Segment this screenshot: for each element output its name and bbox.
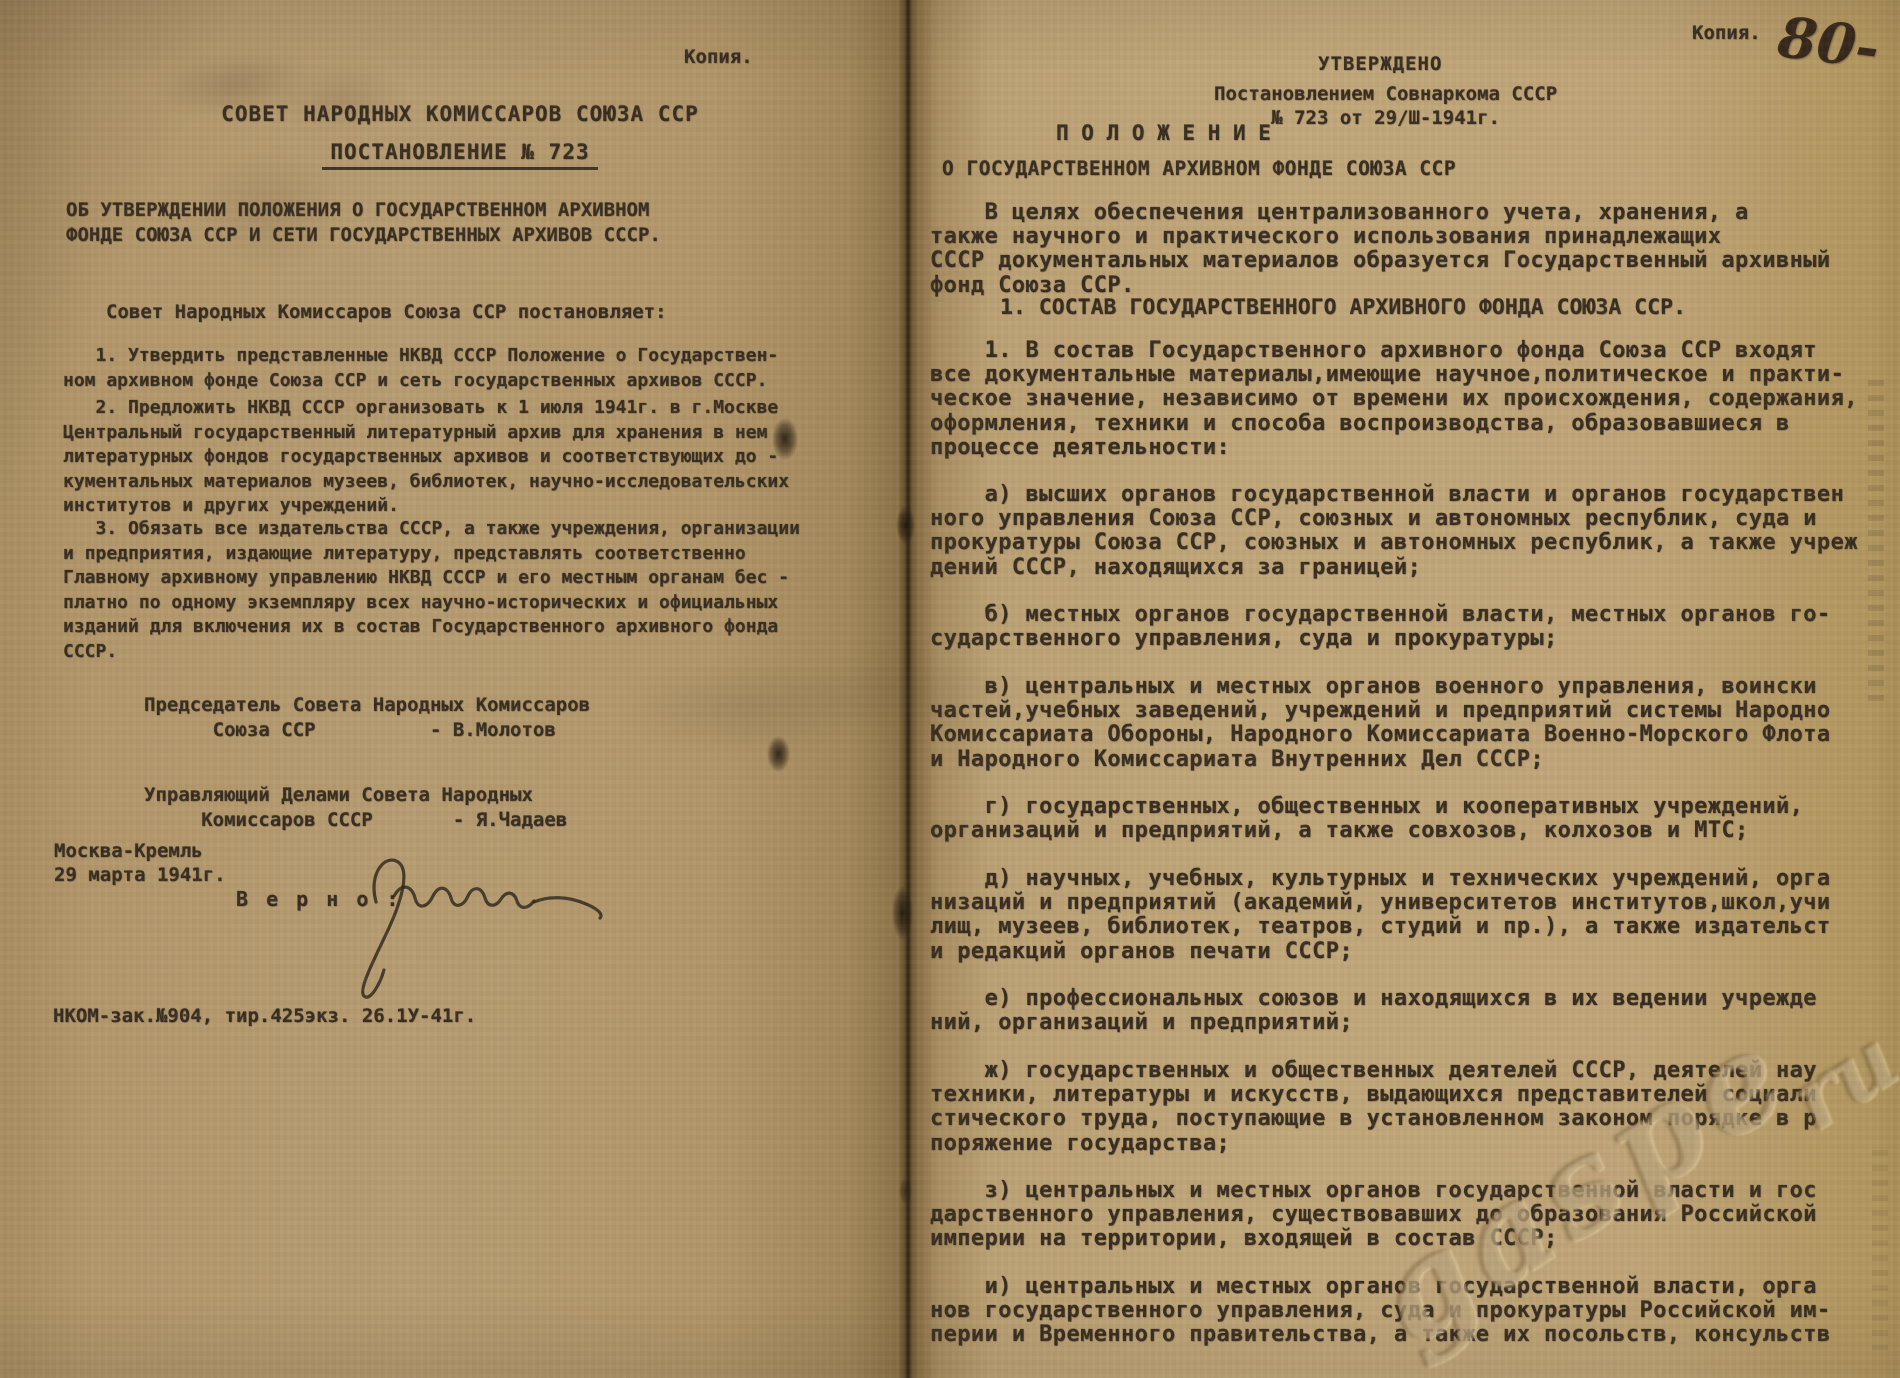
approved-label: УТВЕРЖДЕНО xyxy=(1318,53,1442,75)
issuing-authority-header: СОВЕТ НАРОДНЫХ КОМИССАРОВ СОЮЗА ССР xyxy=(60,102,860,126)
binding-spot xyxy=(892,886,913,940)
point-z: з) центральных и местных органов государ… xyxy=(930,1179,1817,1252)
handwritten-signature xyxy=(318,838,618,1028)
point-zh: ж) государственных и общественных деятел… xyxy=(930,1059,1817,1156)
edge-perforation-marks xyxy=(1868,380,1884,710)
section-1-heading: 1. СОСТАВ ГОСУДАРСТВЕННОГО АРХИВНОГО ФОН… xyxy=(1000,295,1686,320)
decree-item-3: 3. Обязать все издательства СССР, а такж… xyxy=(63,517,800,664)
regulation-title: П О Л О Ж Е Н И Е xyxy=(1056,121,1271,145)
point-g: г) государственных, общественных и коопе… xyxy=(930,795,1803,843)
regulation-intro: В целях обеспечения централизованного уч… xyxy=(930,201,1831,298)
point-d: д) научных, учебных, культурных и технич… xyxy=(930,867,1831,964)
point-i: и) центральных и местных органов государ… xyxy=(930,1275,1831,1348)
decree-subject-title: ОБ УТВЕРЖДЕНИИ ПОЛОЖЕНИЯ О ГОСУДАРСТВЕНН… xyxy=(66,198,661,248)
decree-number-title: ПОСТАНОВЛЕНИЕ № 723 xyxy=(60,140,860,164)
ink-spot xyxy=(767,736,790,772)
decree-item-2: 2. Предложить НКВД СССР организовать к 1… xyxy=(63,396,789,519)
right-copy-label: Копия. xyxy=(1692,22,1761,44)
signature-block-molotov: Председатель Совета Народных Комиссаров … xyxy=(144,693,590,743)
decree-number-text: ПОСТАНОВЛЕНИЕ № 723 xyxy=(322,140,597,170)
signature-block-chadaev: Управляющий Делами Совета Народных Комис… xyxy=(144,783,567,833)
left-copy-label: Копия. xyxy=(684,46,753,68)
decree-item-1: 1. Утвердить представленные НКВД СССР По… xyxy=(63,344,778,393)
handwritten-page-number: 80- xyxy=(1774,4,1882,82)
scanned-document: Копия. СОВЕТ НАРОДНЫХ КОМИССАРОВ СОЮЗА С… xyxy=(0,0,1900,1378)
point-v: в) центральных и местных органов военног… xyxy=(930,675,1831,772)
place-and-date: Москва-Кремль 29 марта 1941г. xyxy=(54,839,226,887)
regulation-subtitle: О ГОСУДАРСТВЕННОМ АРХИВНОМ ФОНДЕ СОЮЗА С… xyxy=(942,157,1456,180)
article-1: 1. В состав Государственного архивного ф… xyxy=(930,339,1858,460)
faded-stamp-smudge xyxy=(154,25,423,157)
point-e: е) профессиональных союзов и находящихся… xyxy=(930,987,1817,1035)
edge-perforation-marks xyxy=(1872,1150,1888,1350)
binding-spot xyxy=(899,1178,912,1204)
decree-preamble: Совет Народных Комиссаров Союза ССР пост… xyxy=(106,301,667,323)
point-b: б) местных органов государственной власт… xyxy=(930,603,1831,651)
print-shop-imprint: НКОМ-зак.№904, тир.425экз. 26.1У-41г. xyxy=(53,1005,476,1027)
binding-spot xyxy=(896,506,915,544)
point-a: а) высших органов государственной власти… xyxy=(930,483,1858,580)
